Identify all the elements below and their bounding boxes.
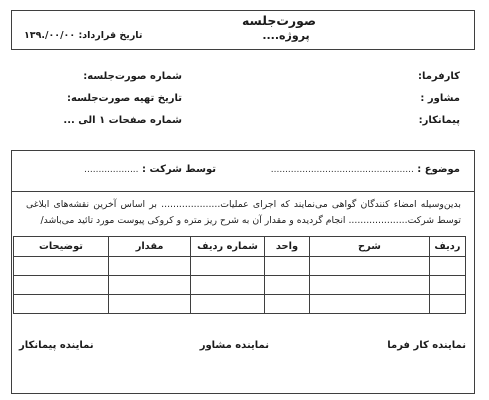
contractor-label: پیمانکار: bbox=[419, 115, 460, 126]
by-company-blank: ................... bbox=[84, 165, 138, 175]
consultant-label: مشاور : bbox=[420, 93, 460, 104]
info-row-employer: کارفرما: شماره صورت‌جلسه: bbox=[0, 68, 489, 90]
col-row-number: ردیف bbox=[429, 237, 465, 257]
col-unit: واحد bbox=[264, 237, 309, 257]
subject-row: موضوع : ................................… bbox=[12, 151, 474, 192]
info-row-contractor: پیمانکار: شماره صفحات ۱ الی ... bbox=[0, 112, 489, 134]
col-quantity: مقدار bbox=[108, 237, 190, 257]
by-company-label: توسط شرکت : bbox=[139, 164, 216, 175]
consultant-representative-label: نماینده مشاور bbox=[200, 340, 269, 351]
main-box: موضوع : ................................… bbox=[11, 150, 475, 394]
contract-date-label: تاریخ قرارداد: bbox=[78, 30, 142, 41]
header-box: صورت‌جلسه پروژه.... تاریخ قرارداد: ۱۳۹./… bbox=[11, 10, 475, 50]
employer-label: کارفرما: bbox=[418, 71, 460, 82]
meeting-minutes-form: صورت‌جلسه پروژه.... تاریخ قرارداد: ۱۳۹./… bbox=[0, 0, 489, 400]
form-title: صورت‌جلسه bbox=[12, 13, 474, 28]
table-header-row: ردیف شرح واحد شماره ردیف مقدار توضیحات bbox=[14, 237, 466, 257]
subject-label: موضوع : bbox=[414, 164, 460, 175]
certification-paragraph: بدین‌وسیله امضاء کنندگان گواهی می‌نمایند… bbox=[12, 192, 474, 235]
by-company-field: توسط شرکت : ................... bbox=[84, 164, 216, 175]
contract-date: تاریخ قرارداد: ۱۳۹./۰۰/۰۰ bbox=[24, 30, 142, 41]
table-row bbox=[14, 257, 466, 276]
info-row-consultant: مشاور : تاریخ تهیه صورت‌جلسه: bbox=[0, 90, 489, 112]
contract-date-value: ۱۳۹./۰۰/۰۰ bbox=[24, 30, 75, 41]
subject-field: موضوع : ................................… bbox=[271, 164, 460, 175]
col-item-number: شماره ردیف bbox=[191, 237, 265, 257]
minutes-date-label: تاریخ تهیه صورت‌جلسه: bbox=[67, 93, 182, 104]
pages-label: شماره صفحات ۱ الی ... bbox=[63, 115, 182, 126]
minutes-number-label: شماره صورت‌جلسه: bbox=[83, 71, 182, 82]
items-table: ردیف شرح واحد شماره ردیف مقدار توضیحات bbox=[13, 236, 466, 314]
col-remarks: توضیحات bbox=[14, 237, 109, 257]
info-section: کارفرما: شماره صورت‌جلسه: مشاور : تاریخ … bbox=[0, 68, 489, 134]
contractor-representative-label: نماینده پیمانکار bbox=[19, 340, 94, 351]
table-row bbox=[14, 276, 466, 295]
subject-blank: ........................................… bbox=[271, 165, 414, 175]
employer-representative-label: نماینده کار فرما bbox=[387, 340, 466, 351]
col-description: شرح bbox=[310, 237, 430, 257]
header-second-line: پروژه.... تاریخ قرارداد: ۱۳۹./۰۰/۰۰ bbox=[12, 29, 474, 47]
signatures-row: نماینده کار فرما نماینده مشاور نماینده پ… bbox=[12, 340, 474, 358]
table-row bbox=[14, 295, 466, 314]
